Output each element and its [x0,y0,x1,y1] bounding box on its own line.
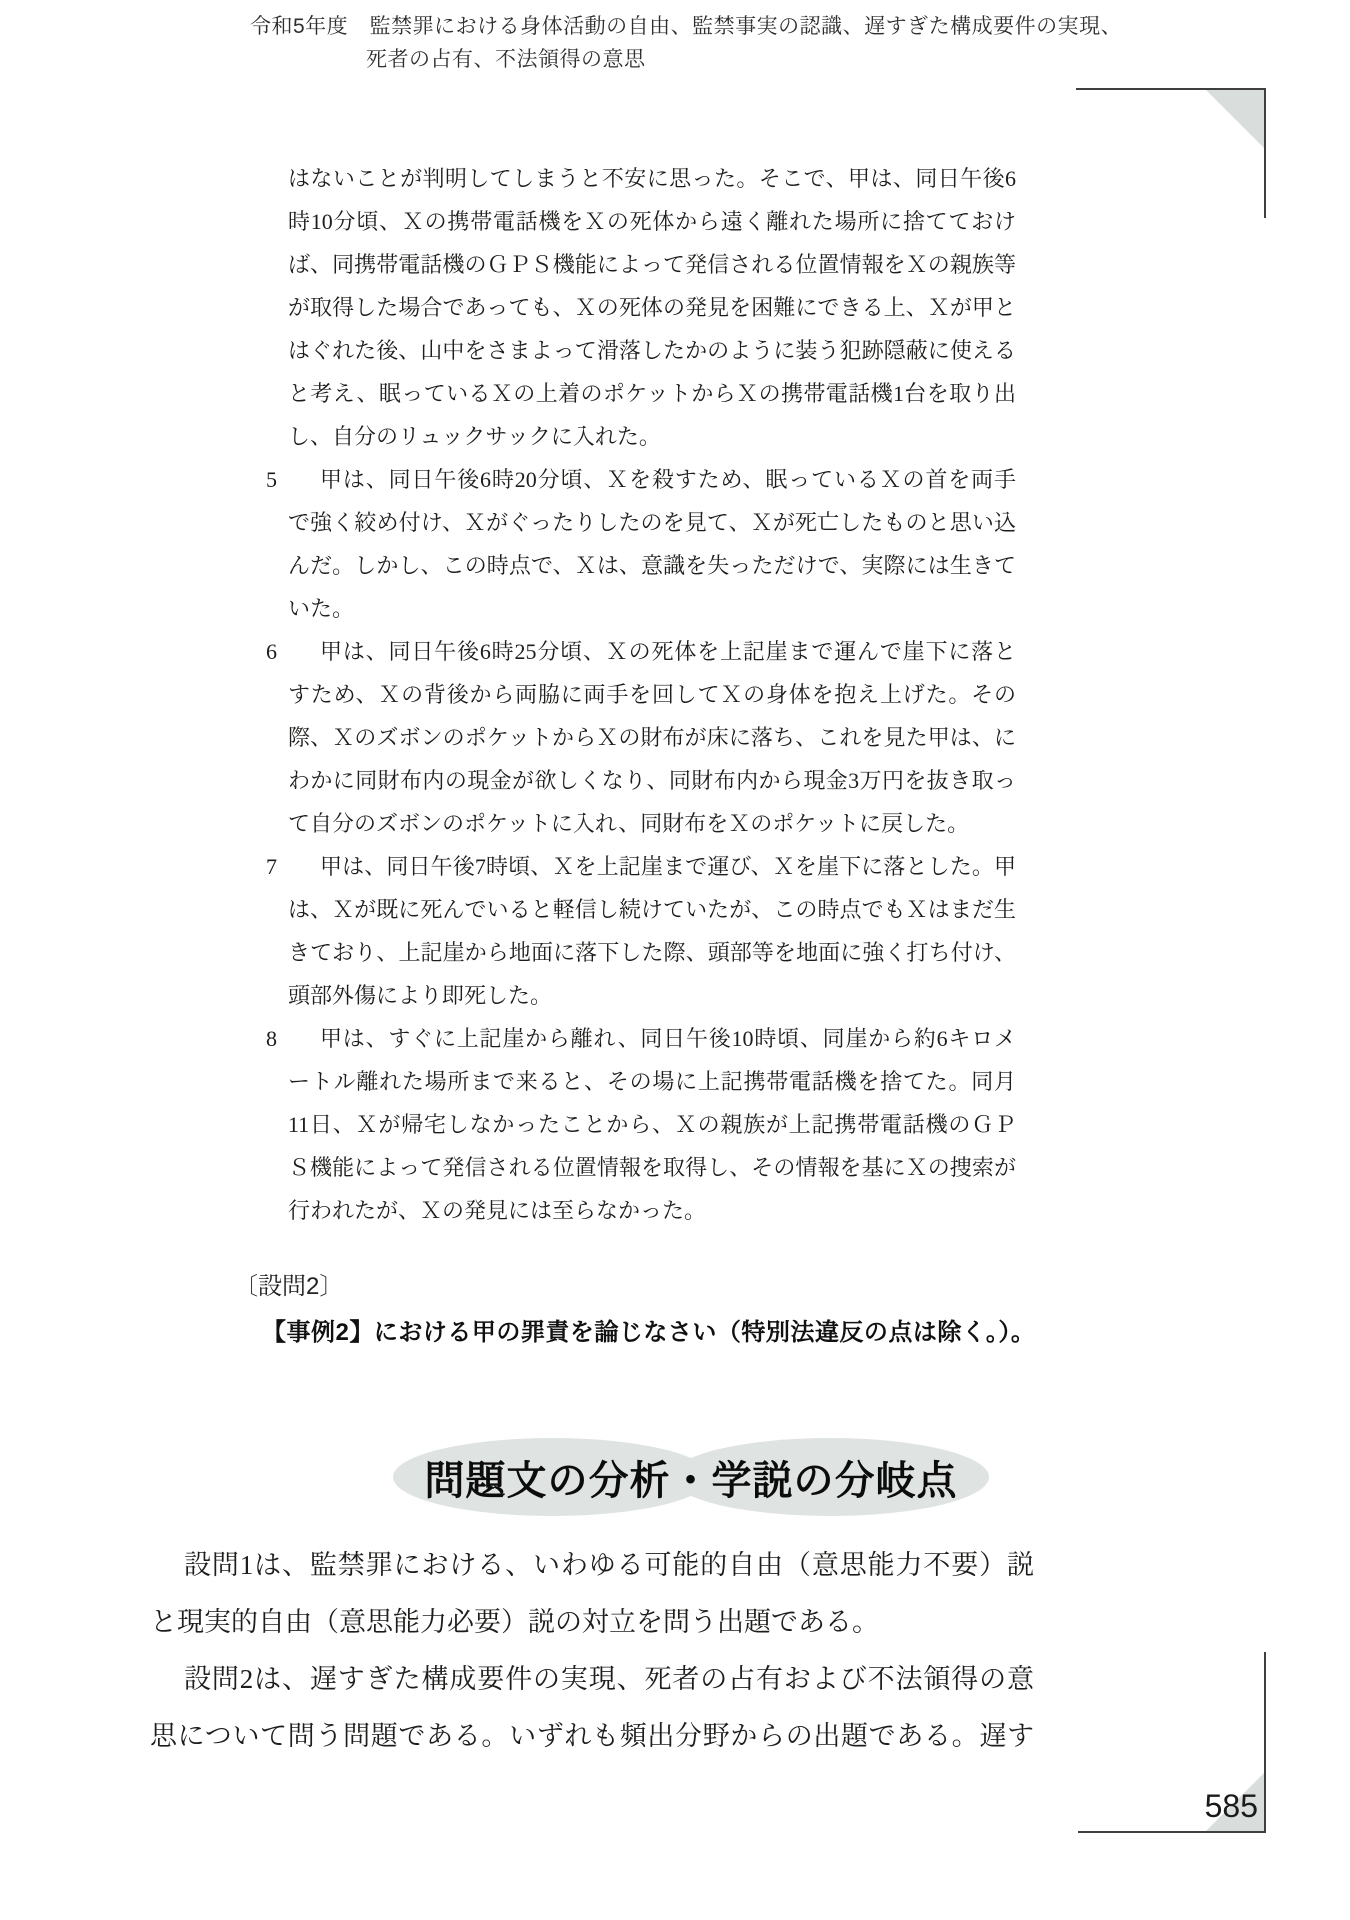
item-text: 甲は、すぐに上記崖から離れ、同日午後10時頃、同崖から約6キロメートル離れた場所… [288,1017,1016,1232]
text-line: わかに同財布内の現金が欲しくなり、同財布内から現金3万円を抜き取っ [288,759,1016,802]
item-number: 8 [266,1017,286,1060]
text-line: と現実的自由（意思能力必要）説の対立を問う出題である。 [150,1594,1034,1651]
text-line: 11日、Ｘが帰宅しなかったことから、Ｘの親族が上記携帯電話機のＧＰ [288,1103,1016,1146]
analysis-paragraph-1: 設問1は、監禁罪における、いわゆる可能的自由（意思能力不要）説と現実的自由（意思… [150,1537,1034,1651]
item-number: 5 [266,458,286,501]
top-right-vertical-rule [1264,88,1266,218]
top-right-horizontal-rule [1076,88,1266,90]
item-text: 甲は、同日午後7時頃、Ｘを上記崖まで運び、Ｘを崖下に落とした。甲は、Ｘが既に死ん… [288,845,1016,1017]
case-item-8: 8 甲は、すぐに上記崖から離れ、同日午後10時頃、同崖から約6キロメートル離れた… [288,1017,1016,1232]
item-text: 甲は、同日午後6時25分頃、Ｘの死体を上記崖まで運んで崖下に落とすため、Ｘの背後… [288,630,1016,845]
case-paragraph-continuation: はないことが判明してしまうと不安に思った。そこで、甲は、同日午後6時10分頃、Ｘ… [288,157,1016,458]
text-line: ートル離れた場所まで来ると、その場に上記携帯電話機を捨てた。同月 [288,1060,1016,1103]
text-line: 甲は、すぐに上記崖から離れ、同日午後10時頃、同崖から約6キロメ [288,1017,1016,1060]
analysis-paragraph-2: 設問2は、遅すぎた構成要件の実現、死者の占有および不法領得の意思について問う問題… [150,1651,1034,1765]
text-line: 思について問う問題である。いずれも頻出分野からの出題である。遅す [150,1708,1034,1765]
text-line: は、Ｘが既に死んでいると軽信し続けていたが、この時点でもＸはまだ生 [288,888,1016,931]
text-line: 行われたが、Ｘの発見には至らなかった。 [288,1189,1016,1232]
bottom-right-horizontal-rule [1078,1831,1266,1833]
text-line: すため、Ｘの背後から両脇に両手を回してＸの身体を抱え上げた。その [288,673,1016,716]
section-badge: 問題文の分析・学説の分岐点 [393,1438,989,1516]
text-line: て自分のズボンのポケットに入れ、同財布をＸのポケットに戻した。 [288,802,1016,845]
text-line: と考え、眠っているＸの上着のポケットからＸの携帯電話機1台を取り出 [288,372,1016,415]
text-line: はないことが判明してしまうと不安に思った。そこで、甲は、同日午後6 [288,157,1016,200]
text-line: 時10分頃、Ｘの携帯電話機をＸの死体から遠く離れた場所に捨てておけ [288,200,1016,243]
text-line: 甲は、同日午後6時25分頃、Ｘの死体を上記崖まで運んで崖下に落と [288,630,1016,673]
case-item-6: 6 甲は、同日午後6時25分頃、Ｘの死体を上記崖まで運んで崖下に落とすため、Ｘの… [288,630,1016,845]
item-number: 6 [266,630,286,673]
running-head-line2: 死者の占有、不法領得の意思 [366,43,646,76]
bottom-right-vertical-rule [1264,1652,1266,1833]
text-line: きており、上記崖から地面に落下した際、頭部等を地面に強く打ち付け、 [288,931,1016,974]
text-line: 甲は、同日午後7時頃、Ｘを上記崖まで運び、Ｘを崖下に落とした。甲 [288,845,1016,888]
running-head-line1: 令和5年度 監禁罪における身体活動の自由、監禁事実の認識、遅すぎた構成要件の実現… [250,10,1122,43]
text-line: で強く絞め付け、Ｘがぐったりしたのを見て、Ｘが死亡したものと思い込 [288,501,1016,544]
case-facts-block: はないことが判明してしまうと不安に思った。そこで、甲は、同日午後6時10分頃、Ｘ… [288,157,1016,1232]
section-badge-title: 問題文の分析・学説の分岐点 [393,1438,989,1516]
text-line: し、自分のリュックサックに入れた。 [288,415,1016,458]
text-line: が取得した場合であっても、Ｘの死体の発見を困難にできる上、Ｘが甲と [288,286,1016,329]
text-line: んだ。しかし、この時点で、Ｘは、意識を失っただけで、実際には生きて [288,544,1016,587]
text-line: いた。 [288,587,1016,630]
question-label: 〔設問2〕 [234,1266,343,1301]
text-line: Ｓ機能によって発信される位置情報を取得し、その情報を基にＸの捜索が [288,1146,1016,1189]
text-line: 設問1は、監禁罪における、いわゆる可能的自由（意思能力不要）説 [150,1537,1034,1594]
book-page: 令和5年度 監禁罪における身体活動の自由、監禁事実の認識、遅すぎた構成要件の実現… [0,0,1350,1920]
analysis-block: 設問1は、監禁罪における、いわゆる可能的自由（意思能力不要）説と現実的自由（意思… [150,1537,1034,1765]
page-fold-triangle-top [1206,90,1264,148]
text-line: 際、ＸのズボンのポケットからＸの財布が床に落ち、これを見た甲は、に [288,716,1016,759]
case-item-7: 7 甲は、同日午後7時頃、Ｘを上記崖まで運び、Ｘを崖下に落とした。甲は、Ｘが既に… [288,845,1016,1017]
question-text: 【事例2】における甲の罪責を論じなさい（特別法違反の点は除く。）。 [262,1312,1035,1347]
page-number: 585 [1120,1788,1258,1825]
item-number: 7 [266,845,286,888]
text-line: はぐれた後、山中をさまよって滑落したかのように装う犯跡隠蔽に使える [288,329,1016,372]
text-line: ば、同携帯電話機のＧＰＳ機能によって発信される位置情報をＸの親族等 [288,243,1016,286]
case-item-5: 5 甲は、同日午後6時20分頃、Ｘを殺すため、眠っているＸの首を両手で強く絞め付… [288,458,1016,630]
item-text: 甲は、同日午後6時20分頃、Ｘを殺すため、眠っているＸの首を両手で強く絞め付け、… [288,458,1016,630]
text-line: 甲は、同日午後6時20分頃、Ｘを殺すため、眠っているＸの首を両手 [288,458,1016,501]
text-line: 設問2は、遅すぎた構成要件の実現、死者の占有および不法領得の意 [150,1651,1034,1708]
text-line: 頭部外傷により即死した。 [288,974,1016,1017]
